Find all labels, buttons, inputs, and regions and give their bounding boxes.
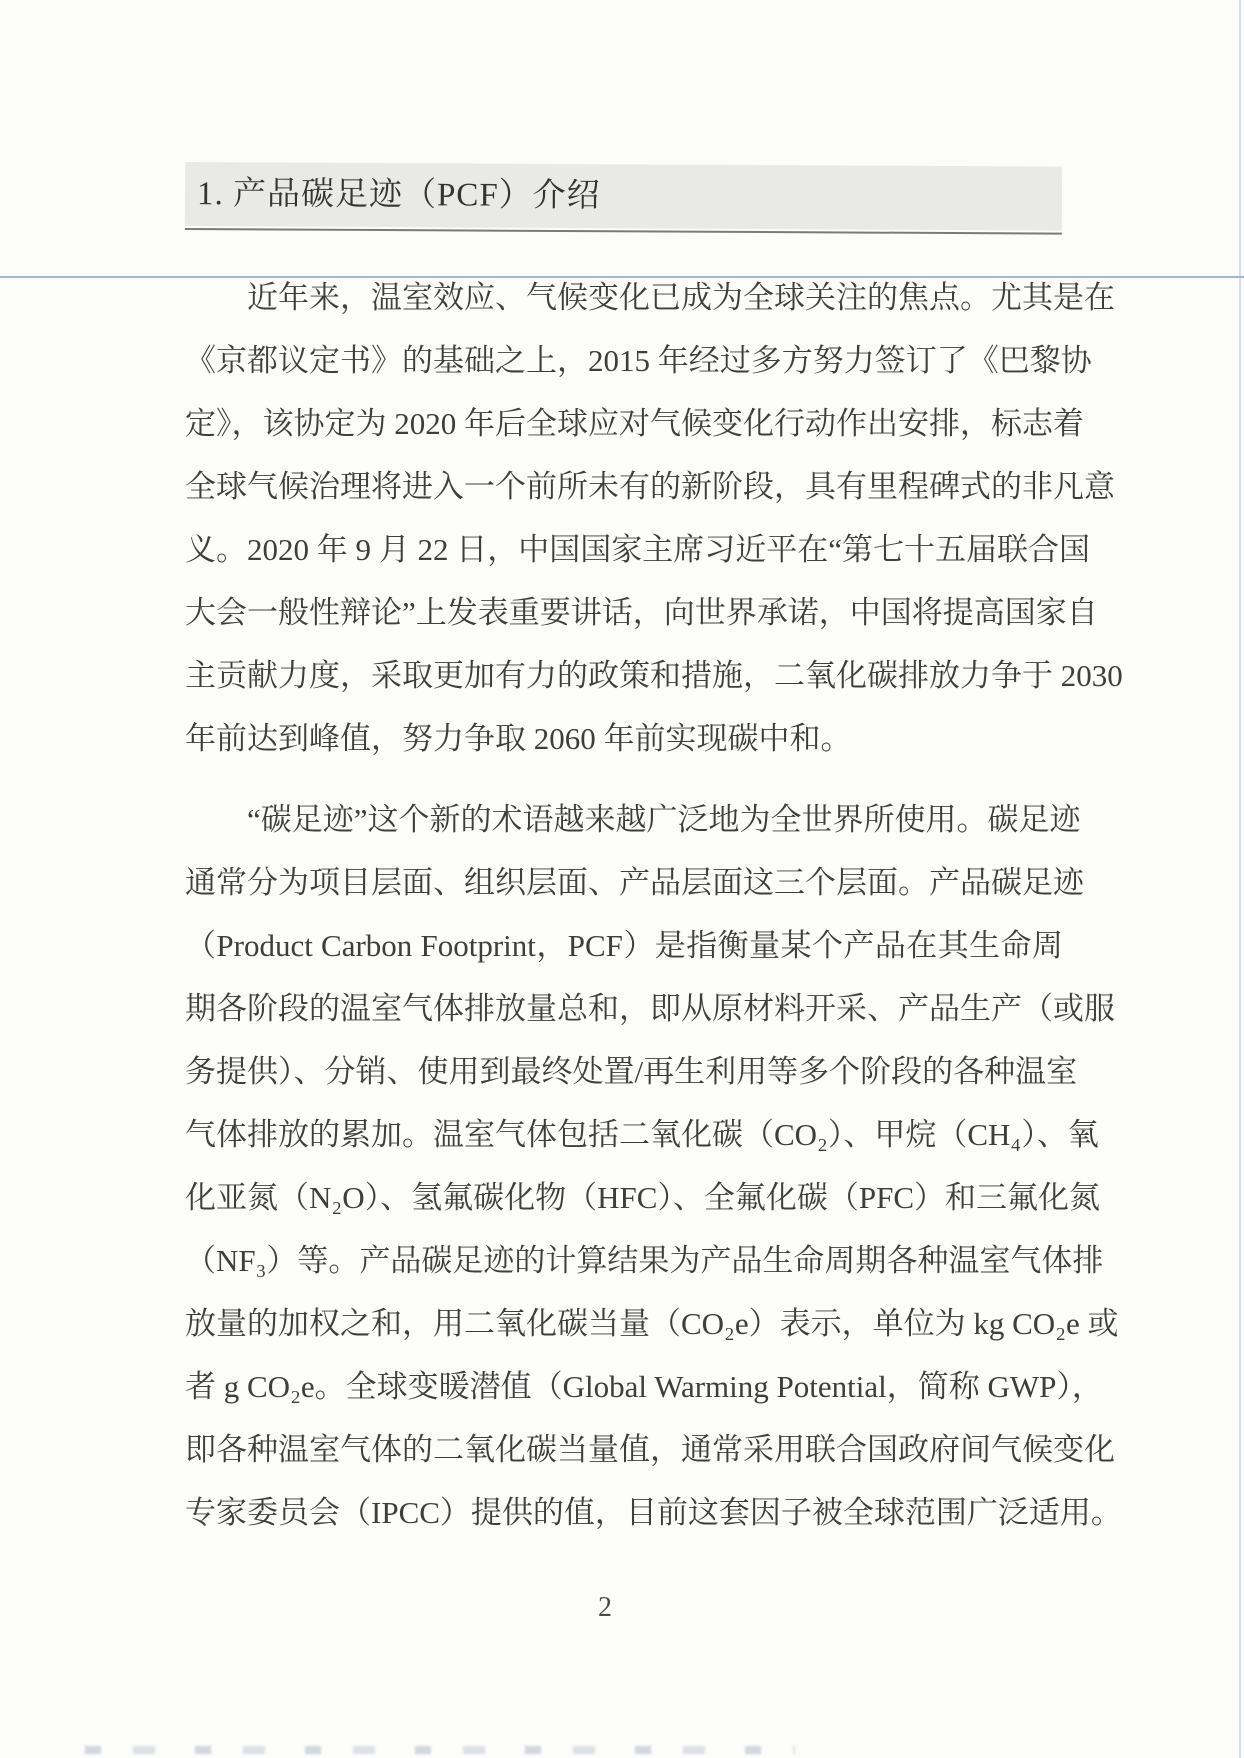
bottom-scan-artifact xyxy=(85,1746,795,1754)
body-line: 《京都议定书》的基础之上，2015 年经过多方努力签订了《巴黎协 xyxy=(185,329,1063,392)
body-line: （Product Carbon Footprint，PCF）是指衡量某个产品在其… xyxy=(185,914,1063,977)
body-line: 主贡献力度，采取更加有力的政策和措施，二氧化碳排放力争于 2030 xyxy=(185,644,1063,707)
body-line: “碳足迹”这个新的术语越来越广泛地为全世界所使用。碳足迹 xyxy=(185,788,1063,851)
paragraph-carbon-footprint: “碳足迹”这个新的术语越来越广泛地为全世界所使用。碳足迹 通常分为项目层面、组织… xyxy=(185,788,1063,1544)
document-page: 1. 产品碳足迹（PCF）介绍 近年来，温室效应、气候变化已成为全球关注的焦点。… xyxy=(0,0,1244,1758)
body-line: 者 g CO₂e。全球变暖潜值（Global Warming Potential… xyxy=(185,1355,1063,1418)
section-heading: 1. 产品碳足迹（PCF）介绍 xyxy=(185,162,1062,235)
body-line: 化亚氮（N₂O）、氢氟碳化物（HFC）、全氟化碳（PFC）和三氟化氮 xyxy=(185,1166,1063,1229)
body-line: 全球气候治理将进入一个前所未有的新阶段，具有里程碑式的非凡意 xyxy=(185,455,1063,518)
body-line: 专家委员会（IPCC）提供的值，目前这套因子被全球范围广泛适用。 xyxy=(185,1481,1063,1544)
body-line: 义。2020 年 9 月 22 日，中国国家主席习近平在“第七十五届联合国 xyxy=(185,518,1063,581)
paragraph-intro-climate: 近年来，温室效应、气候变化已成为全球关注的焦点。尤其是在 《京都议定书》的基础之… xyxy=(185,266,1063,770)
body-line: 务提供）、分销、使用到最终处置/再生利用等多个阶段的各种温室 xyxy=(185,1040,1063,1103)
body-line: 定》，该协定为 2020 年后全球应对气候变化行动作出安排，标志着 xyxy=(185,392,1063,455)
body-line: 年前达到峰值，努力争取 2060 年前实现碳中和。 xyxy=(185,707,1063,770)
body-line: 即各种温室气体的二氧化碳当量值，通常采用联合国政府间气候变化 xyxy=(185,1418,1063,1481)
body-line: 放量的加权之和，用二氧化碳当量（CO₂e）表示，单位为 kg CO₂e 或 xyxy=(185,1292,1063,1355)
body-line: （NF₃）等。产品碳足迹的计算结果为产品生命周期各种温室气体排 xyxy=(185,1229,1063,1292)
body-line: 通常分为项目层面、组织层面、产品层面这三个层面。产品碳足迹 xyxy=(185,851,1063,914)
page-number: 2 xyxy=(0,1592,1210,1624)
body-line: 大会一般性辩论”上发表重要讲话，向世界承诺，中国将提高国家自 xyxy=(185,581,1063,644)
body-line: 期各阶段的温室气体排放量总和，即从原材料开采、产品生产（或服 xyxy=(185,977,1063,1040)
right-edge-scan-line xyxy=(1239,0,1241,1758)
body-line: 近年来，温室效应、气候变化已成为全球关注的焦点。尤其是在 xyxy=(185,266,1063,329)
section-heading-title: 1. 产品碳足迹（PCF）介绍 xyxy=(185,162,1062,231)
body-line: 气体排放的累加。温室气体包括二氧化碳（CO₂）、甲烷（CH₄）、氧 xyxy=(185,1103,1063,1166)
